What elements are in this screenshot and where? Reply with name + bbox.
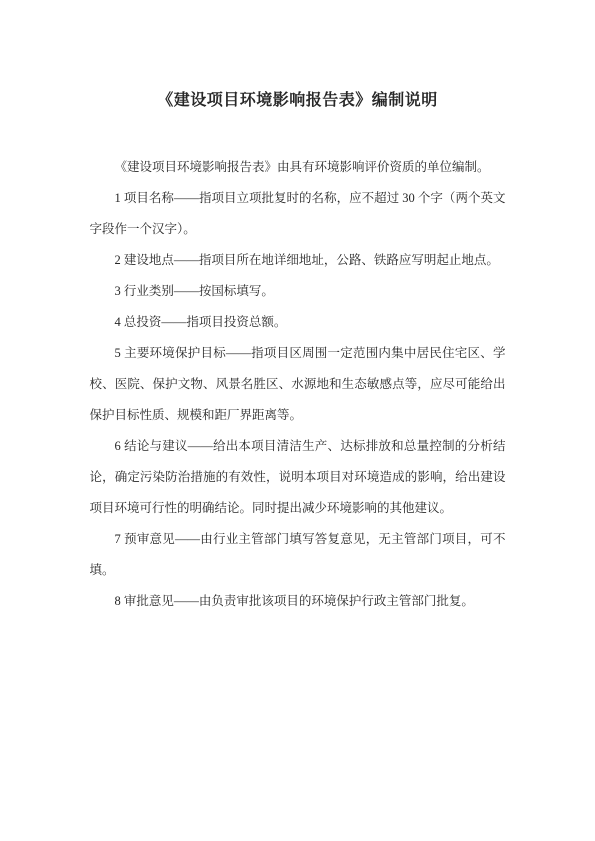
- paragraph-item-3: 3 行业类别——按国标填写。: [90, 276, 506, 307]
- document-page: 《建设项目环境影响报告表》编制说明 《建设项目环境影响报告表》由具有环境影响评价…: [0, 0, 595, 841]
- paragraph-item-5: 5 主要环境保护目标——指项目区周围一定范围内集中居民住宅区、学校、医院、保护文…: [90, 338, 506, 431]
- paragraph-item-8: 8 审批意见——由负责审批该项目的环境保护行政主管部门批复。: [90, 586, 506, 617]
- paragraph-item-4: 4 总投资——指项目投资总额。: [90, 307, 506, 338]
- document-title: 《建设项目环境影响报告表》编制说明: [0, 0, 595, 112]
- document-body: 《建设项目环境影响报告表》由具有环境影响评价资质的单位编制。 1 项目名称——指…: [90, 152, 506, 617]
- paragraph-item-1: 1 项目名称——指项目立项批复时的名称，应不超过 30 个字（两个英文字段作一个…: [90, 183, 506, 245]
- paragraph-item-7: 7 预审意见——由行业主管部门填写答复意见，无主管部门项目，可不填。: [90, 524, 506, 586]
- paragraph-intro: 《建设项目环境影响报告表》由具有环境影响评价资质的单位编制。: [90, 152, 506, 183]
- paragraph-item-6: 6 结论与建议——给出本项目清洁生产、达标排放和总量控制的分析结论，确定污染防治…: [90, 431, 506, 524]
- paragraph-item-2: 2 建设地点——指项目所在地详细地址，公路、铁路应写明起止地点。: [90, 245, 506, 276]
